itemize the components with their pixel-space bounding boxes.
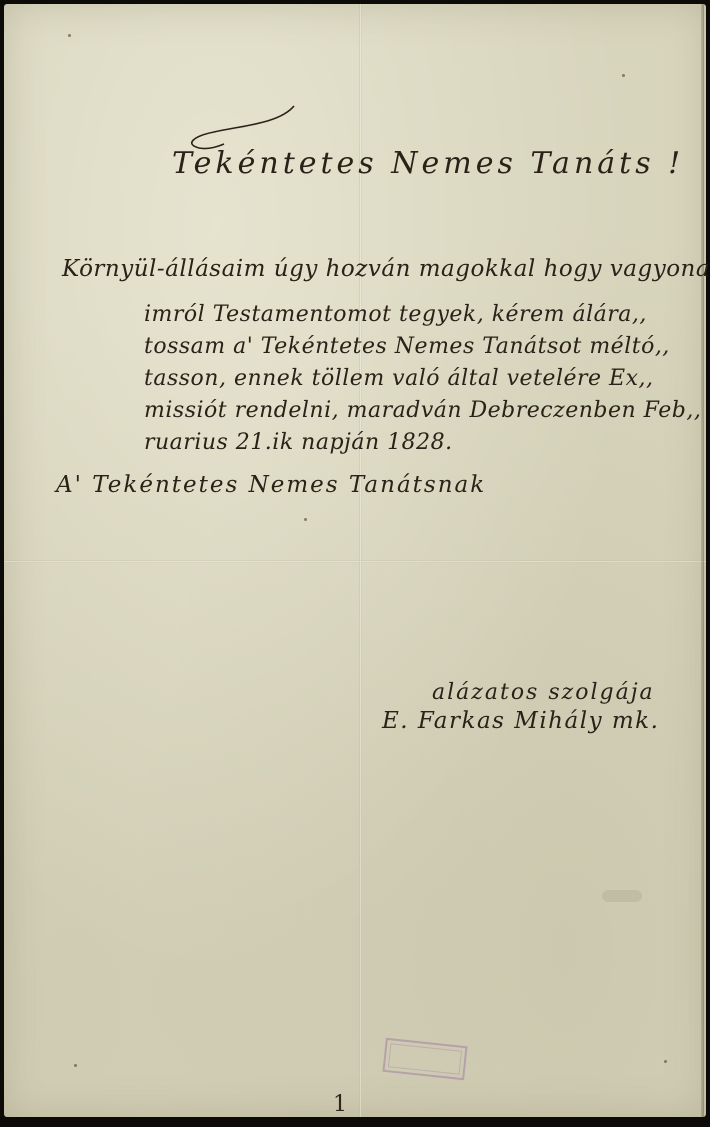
letter-body-line-1: Környül-állásaim úgy hozván magokkal hog… [62, 256, 710, 282]
paper-speck [74, 1064, 77, 1067]
page-number: 1 [333, 1092, 347, 1117]
faint-smudge [602, 890, 642, 902]
paper-speck [68, 34, 71, 37]
archive-stamp-inner-border [388, 1043, 462, 1074]
letter-body-line-3: tossam a' Tekéntetes Nemes Tanátsot mélt… [144, 334, 670, 359]
letter-body-line-4: tasson, ennek töllem való által vetelére… [144, 366, 653, 391]
paper-speck [304, 518, 307, 521]
manuscript-page: Tekéntetes Nemes Tanáts ! Környül-állása… [4, 4, 706, 1117]
archive-stamp [382, 1038, 467, 1080]
letter-closing: alázatos szolgája [432, 680, 655, 705]
horizontal-fold-crease [4, 560, 706, 563]
letter-salutation: Tekéntetes Nemes Tanáts ! [172, 146, 684, 181]
letter-signature: E. Farkas Mihály mk. [382, 708, 659, 734]
paper-speck [664, 1060, 667, 1063]
letter-body-line-6: ruarius 21.ik napján 1828. [144, 430, 453, 455]
letter-address-line: A' Tekéntetes Nemes Tanátsnak [56, 472, 486, 498]
letter-body-line-2: imról Testamentomot tegyek, kérem álára,… [144, 302, 647, 327]
letter-body-line-5: missiót rendelni, maradván Debreczenben … [144, 398, 701, 423]
page-edge-shadow [701, 4, 704, 1117]
paper-speck [622, 74, 625, 77]
